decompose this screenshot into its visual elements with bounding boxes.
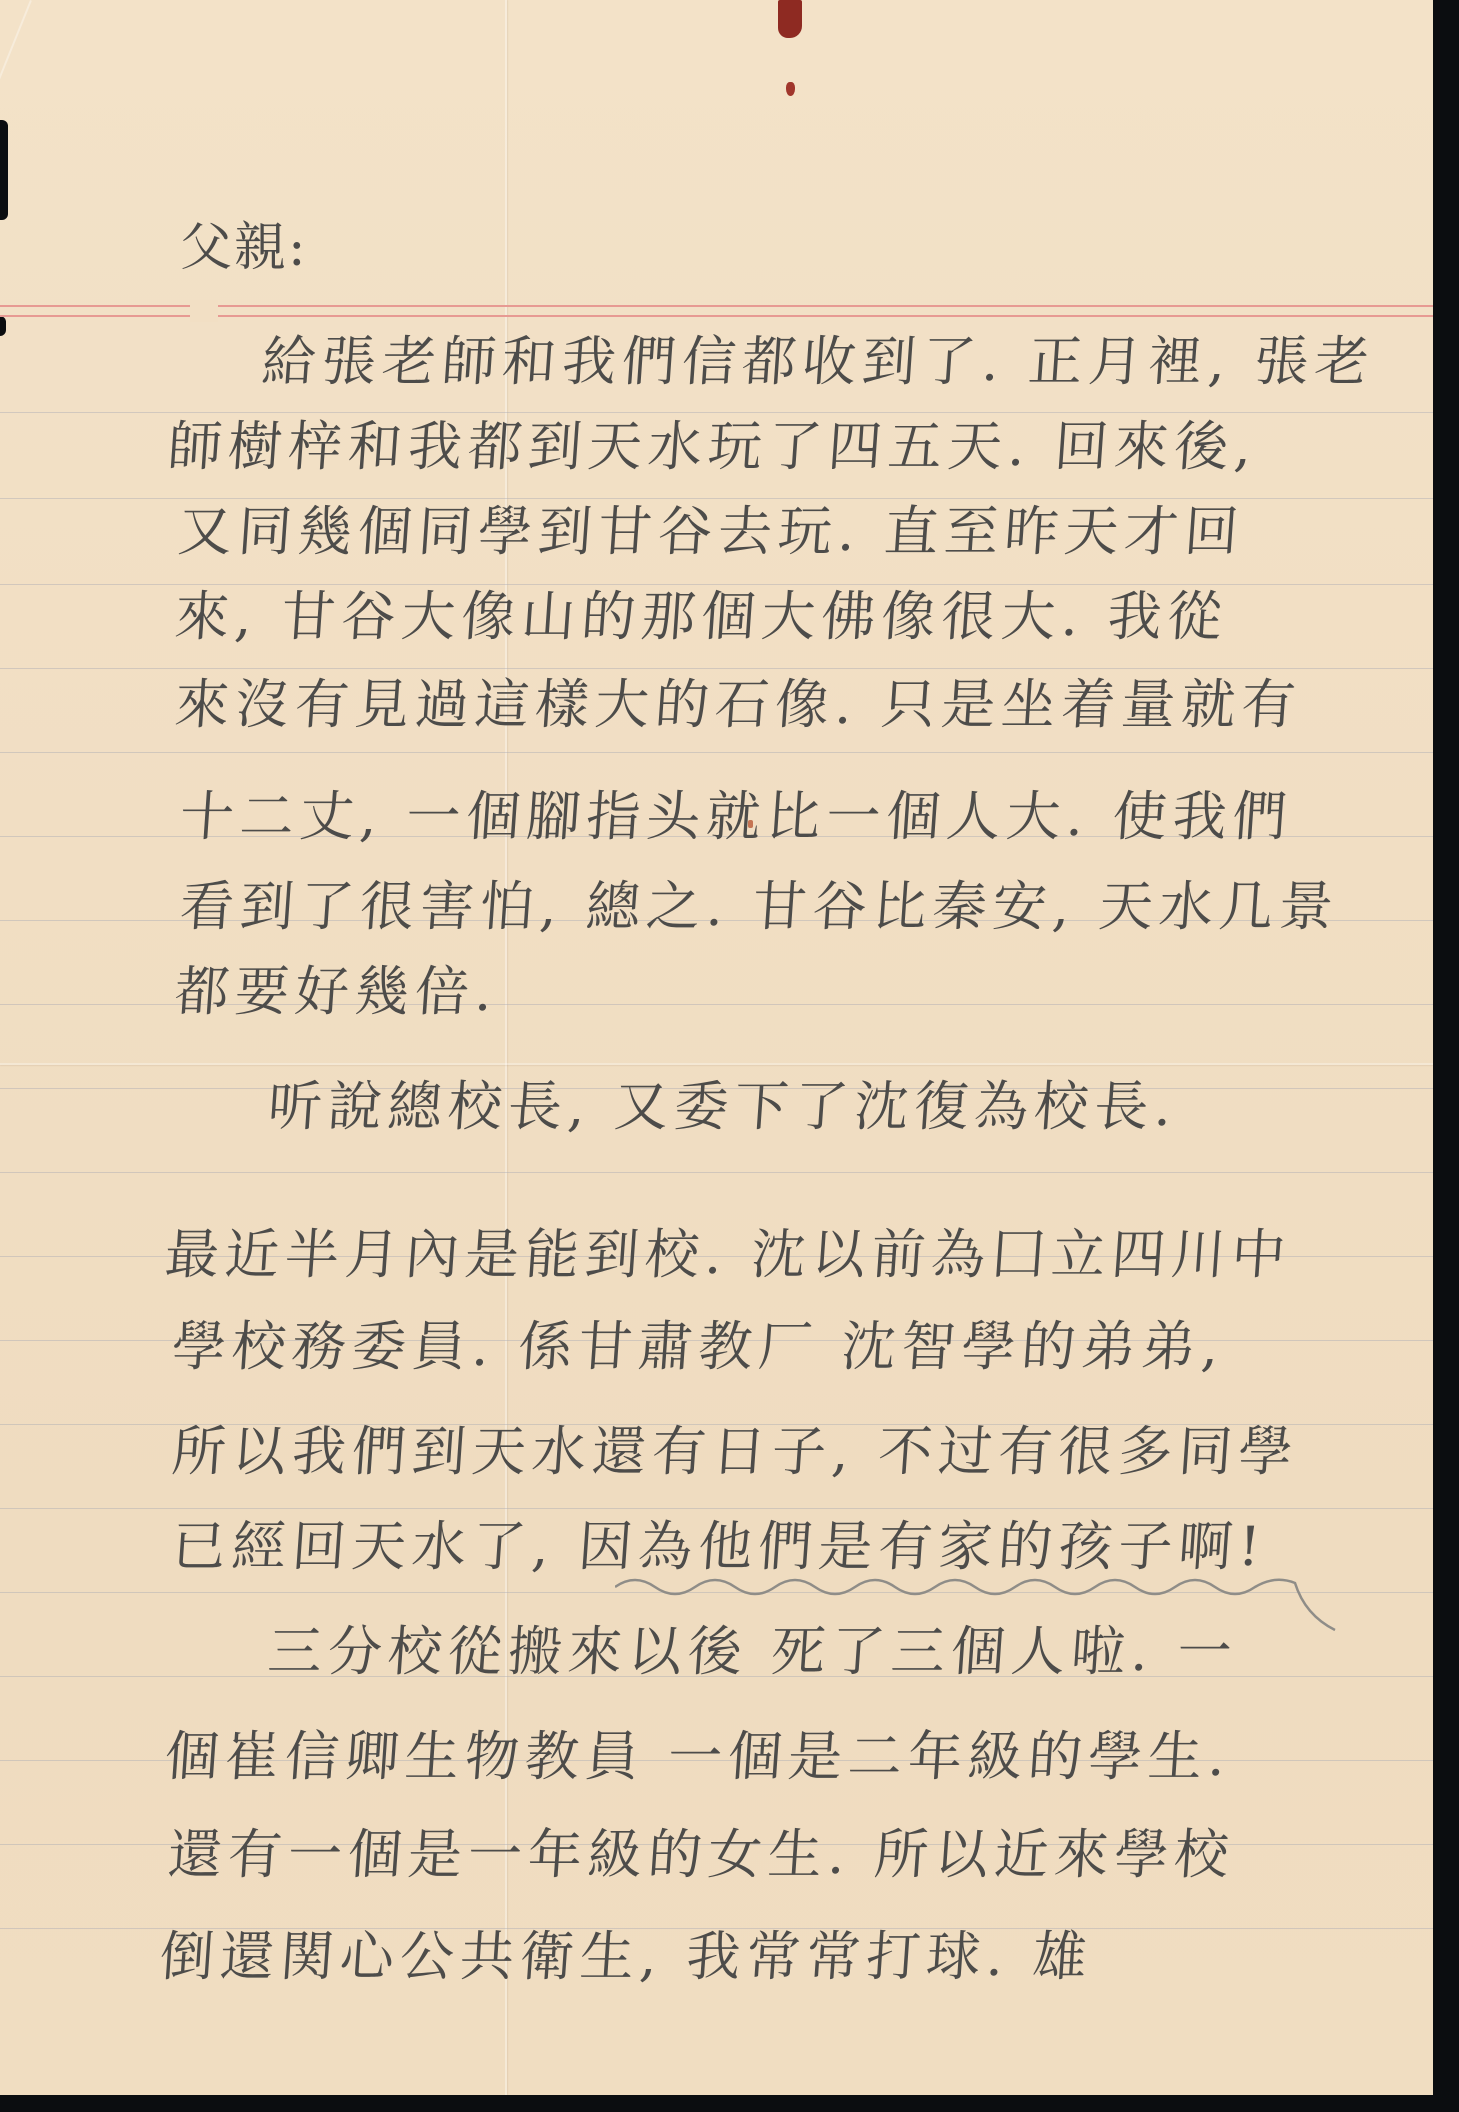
letter-line-7: 看到了很害怕, 總之. 甘谷比秦安, 天水几景	[178, 880, 1341, 934]
letter-line-11: 學校務委員. 係甘肅教厂 沈智學的弟弟,	[170, 1320, 1226, 1374]
letter-line-6: 十二丈, 一個腳指头就比一個人大. 使我們	[178, 790, 1294, 844]
letter-body: 父親: 給張老師和我們信都收到了. 正月裡, 張老 師樹梓和我都到天水玩了四五天…	[0, 0, 1433, 2095]
letter-line-5: 來沒有見過這樣大的石像. 只是坐着量就有	[173, 678, 1303, 732]
letter-paper: 父親: 給張老師和我們信都收到了. 正月裡, 張老 師樹梓和我都到天水玩了四五天…	[0, 0, 1433, 2095]
letter-line-14: 三分校從搬來以後 死了三個人啦. 一	[266, 1625, 1239, 1679]
letter-line-2: 師樹梓和我都到天水玩了四五天. 回來後,	[166, 420, 1259, 474]
letter-line-1: 給張老師和我們信都收到了. 正月裡, 張老	[260, 335, 1376, 389]
letter-line-13: 已經回天水了, 因為他們是有家的孩子啊!	[170, 1520, 1268, 1574]
salutation: 父親:	[180, 222, 308, 274]
letter-line-16: 還有一個是一年級的女生. 所以近來學校	[166, 1828, 1236, 1882]
letter-line-10: 最近半月內是能到校. 沈以前為囗立四川中	[163, 1228, 1293, 1282]
letter-line-9: 听說總校長, 又委下了沈復為校長.	[266, 1080, 1179, 1134]
letter-line-12: 所以我們到天水還有日子, 不过有很多同學	[170, 1425, 1300, 1479]
letter-line-8: 都要好幾倍.	[173, 965, 500, 1019]
letter-line-17: 倒還関心公共衛生, 我常常打球. 雄	[158, 1930, 1094, 1984]
letter-line-4: 來, 甘谷大像山的那個大佛像很大. 我從	[173, 590, 1229, 644]
letter-line-15: 個崔信卿生物教員 一個是二年級的學生.	[163, 1730, 1233, 1784]
letter-line-3: 又同幾個同學到甘谷去玩. 直至昨天才回	[176, 505, 1246, 559]
